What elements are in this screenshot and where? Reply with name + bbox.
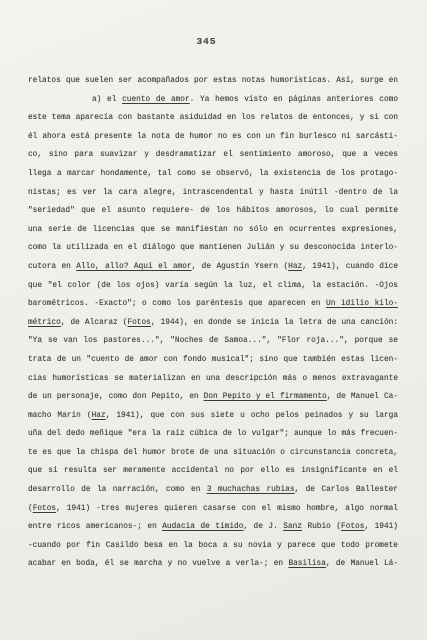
text-segment: una serie de licencias que se manifiesta… — [28, 226, 398, 234]
text-line: él ahora está presente la nota de humor … — [28, 128, 398, 147]
underlined-title: Don Pepito y el firmamento — [204, 393, 327, 401]
text-line: co, sino para suavizar y desdramatizar e… — [28, 146, 398, 165]
text-line: "Ya se van los pastores...", "Noches de … — [28, 332, 398, 351]
text-segment: que "el color (de los ojos) varía según … — [28, 282, 398, 290]
underlined-title: Fotos — [341, 523, 364, 531]
text-segment: , de Alcaraz ( — [61, 319, 128, 327]
text-segment: macho Marín ( — [28, 412, 92, 420]
text-line: que "el color (de los ojos) varía según … — [28, 277, 398, 296]
body-text: relatos que suelen ser acompañados por e… — [28, 72, 398, 574]
text-segment: cias humorísticas se materializan en una… — [28, 375, 398, 383]
underlined-title: 3 muchachas rubias — [207, 486, 295, 494]
text-segment: , de Agustín Ysern ( — [192, 263, 289, 271]
underlined-title: Sanz — [283, 523, 302, 531]
text-segment: desarrollo de la narración, como en — [28, 486, 207, 494]
text-segment: él ahora está presente la nota de humor … — [28, 133, 398, 141]
text-segment: este tema aparecía con bastante asiduida… — [28, 114, 398, 122]
text-line: cias humorísticas se materializan en una… — [28, 370, 398, 389]
text-line: cutora en Allo, allo? Aquí el amor, de A… — [28, 258, 398, 277]
text-segment: , de J. — [243, 523, 283, 531]
text-segment: -cuando por fin Casildo besa en la boca … — [28, 542, 398, 550]
text-line: uña del dedo meñique "era la raíz cúbica… — [28, 425, 398, 444]
text-line: macho Marín (Haz, 1941), que con sus sie… — [28, 407, 398, 426]
text-line: acabar en boda, él se marcha y no vuelve… — [28, 555, 398, 574]
text-line: llega a marcar hondamente, tal como se o… — [28, 165, 398, 184]
underlined-title: métrico — [28, 319, 61, 327]
text-line: -cuando por fin Casildo besa en la boca … — [28, 537, 398, 556]
text-line: trata de un "cuento de amor con fondo mu… — [28, 351, 398, 370]
text-segment: , 1941) — [364, 523, 398, 531]
text-line: que si resulta ser meramente accidental … — [28, 462, 398, 481]
text-line: entre ricos americanos-; en Audacia de t… — [28, 518, 398, 537]
text-segment: cutora en — [28, 263, 76, 271]
text-segment: Rubio ( — [302, 523, 341, 531]
page-number: 345 — [0, 36, 413, 47]
text-segment: , 1944), en donde se inicia la letra de … — [151, 319, 398, 327]
text-segment: , de Carlos Ballester — [295, 486, 398, 494]
text-segment: trata de un "cuento de amor con fondo mu… — [28, 356, 398, 364]
underlined-title: Fotos — [33, 505, 56, 513]
underlined-title: Fotos — [127, 319, 150, 327]
text-line: de un personaje, como don Pepito, en Don… — [28, 388, 398, 407]
document-page: 345 relatos que suelen ser acompañados p… — [0, 0, 427, 640]
text-line: barométricos. -Exacto"; o como los parén… — [28, 295, 398, 314]
underlined-title: cuento de amor — [122, 96, 190, 104]
text-segment: "Ya se van los pastores...", "Noches de … — [28, 337, 398, 345]
text-segment: a) el — [92, 96, 122, 104]
text-segment: , de Manuel Lá- — [326, 560, 398, 568]
text-segment: que si resulta ser meramente accidental … — [28, 467, 398, 475]
text-segment: te es que la chispa del humor brote de u… — [28, 449, 398, 457]
text-line: este tema aparecía con bastante asiduida… — [28, 109, 398, 128]
underlined-title: Un idilio kilo- — [326, 300, 398, 308]
underlined-title: Basilisa — [288, 560, 325, 568]
text-segment: , 1941), que con sus siete u ocho pelos … — [106, 412, 398, 420]
text-segment: barométricos. -Exacto"; o como los parén… — [28, 300, 326, 308]
text-segment: . Ya hemos visto en páginas anteriores c… — [190, 96, 398, 104]
text-line: a) el cuento de amor. Ya hemos visto en … — [28, 91, 398, 110]
underlined-title: Haz — [92, 412, 106, 420]
text-line: una serie de licencias que se manifiesta… — [28, 221, 398, 240]
text-segment: co, sino para suavizar y desdramatizar e… — [28, 151, 398, 159]
text-segment: entre ricos americanos-; en — [28, 523, 162, 531]
underlined-title: Haz — [288, 263, 302, 271]
text-segment: llega a marcar hondamente, tal como se o… — [28, 170, 398, 178]
text-segment: como la utilizada en el diálogo que mant… — [28, 244, 398, 252]
text-line: desarrollo de la narración, como en 3 mu… — [28, 481, 398, 500]
text-segment: , 1941), cuando dice — [302, 263, 398, 271]
underlined-title: Audacia de tímido — [162, 523, 243, 531]
text-line: como la utilizada en el diálogo que mant… — [28, 239, 398, 258]
text-line: nistas; es ver la cara alegre, intrascen… — [28, 184, 398, 203]
text-segment: uña del dedo meñique "era la raíz cúbica… — [28, 430, 398, 438]
text-segment: de un personaje, como don Pepito, en — [28, 393, 204, 401]
text-line: "seriedad" que el asunto requiere- de lo… — [28, 202, 398, 221]
text-segment: acabar en boda, él se marcha y no vuelve… — [28, 560, 288, 568]
text-segment: , de Manuel Ca- — [327, 393, 398, 401]
text-line: (Fotos, 1941) -tres mujeres quieren casa… — [28, 500, 398, 519]
text-line: relatos que suelen ser acompañados por e… — [28, 72, 398, 91]
text-segment: , 1941) -tres mujeres quieren casarse co… — [56, 505, 398, 513]
underlined-title: Allo, allo? Aquí el amor — [76, 263, 191, 271]
text-line: métrico, de Alcaraz (Fotos, 1944), en do… — [28, 314, 398, 333]
text-segment: "seriedad" que el asunto requiere- de lo… — [28, 207, 398, 215]
text-line: te es que la chispa del humor brote de u… — [28, 444, 398, 463]
text-segment: relatos que suelen ser acompañados por e… — [28, 77, 398, 85]
text-segment: nistas; es ver la cara alegre, intrascen… — [28, 189, 398, 197]
